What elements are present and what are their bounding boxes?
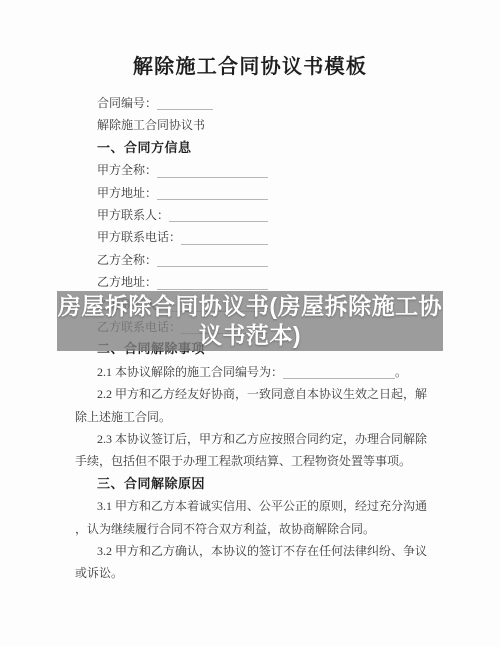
document-title: 解除施工合同协议书模板 [0, 0, 500, 81]
field-row-party-a-phone: 甲方联系电话： [97, 226, 268, 248]
field-row-party-b-name: 乙方全称： [97, 249, 268, 271]
clause-2-1-lead: 2.1 本协议解除的施工合同编号为： [97, 365, 283, 379]
field-row-party-a-contact: 甲方联系人： [97, 204, 268, 226]
section-1-heading: 一、合同方信息 [97, 137, 427, 159]
article-title-overlay-banner: 房屋拆除合同协议书(房屋拆除施工协 议书范本) [57, 291, 443, 351]
contract-number-blank [157, 109, 213, 110]
field-label: 甲方全称： [97, 159, 157, 181]
clause-2-3: 2.3 本协议签订后，甲方和乙方应按照合同约定，办理合同解除 手续，包括但不限于… [75, 428, 427, 473]
field-label: 甲方地址： [97, 182, 157, 204]
contract-number-label: 合同编号： [97, 92, 157, 114]
clause-2-1-suffix: 。 [395, 365, 407, 379]
clause-2-2: 2.2 甲方和乙方经友好协商，一致同意自本协议生效之日起，解 除上述施工合同。 [75, 383, 427, 428]
field-blank [157, 177, 268, 178]
field-blank [157, 289, 268, 290]
contract-number-row: 合同编号： [97, 92, 427, 114]
field-blank [181, 244, 268, 245]
section-3-heading: 三、合同解除原因 [97, 473, 427, 495]
clause-3-1: 3.1 甲方和乙方本着诚实信用、公平公正的原则，经过充分沟通 ，认为继续履行合同… [75, 495, 427, 540]
field-blank [169, 221, 268, 222]
clause-3-2: 3.2 甲方和乙方确认，本协议的签订不存在任何法律纠纷、争议 或诉讼。 [75, 540, 427, 585]
field-row-party-a-address: 甲方地址： [97, 182, 268, 204]
clause-2-1: 2.1 本协议解除的施工合同编号为：。 [75, 361, 427, 383]
document-page: 解除施工合同协议书模板 合同编号： 解除施工合同协议书 一、合同方信息 甲方全称… [0, 0, 500, 647]
field-label: 甲方联系人： [97, 204, 169, 226]
field-blank [157, 199, 268, 200]
clause-2-1-blank [283, 376, 395, 379]
article-title-overlay-text: 房屋拆除合同协议书(房屋拆除施工协 议书范本) [58, 292, 442, 350]
field-label: 乙方全称： [97, 249, 157, 271]
document-subtitle: 解除施工合同协议书 [97, 114, 427, 136]
field-label: 甲方联系电话： [97, 226, 181, 248]
field-row-party-a-name: 甲方全称： [97, 159, 268, 181]
field-blank [157, 266, 268, 267]
